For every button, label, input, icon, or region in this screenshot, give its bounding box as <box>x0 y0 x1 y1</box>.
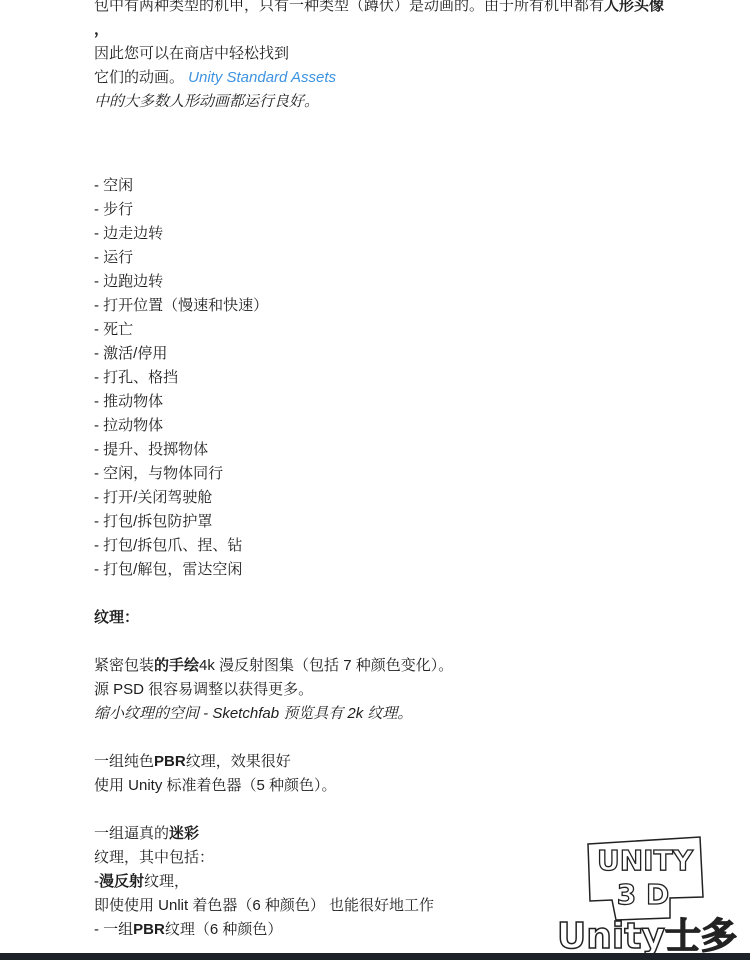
bold-text: 迷彩 <box>169 825 199 842</box>
bottom-bar <box>0 953 750 960</box>
list-item: - 推动物体 <box>94 390 714 414</box>
list-item: - 打开/关闭驾驶舱 <box>94 486 714 510</box>
list-item: - 死亡 <box>94 318 714 342</box>
intro-bold: 人形头像 <box>604 0 664 14</box>
text: 紧密包装 <box>94 657 154 674</box>
text: 纹理（6 种颜色） <box>165 921 283 938</box>
textures-heading: 纹理： <box>94 606 714 630</box>
italic-text: 缩小纹理的空间 - Sketchfab 预览具有 2k 纹理。 <box>94 705 412 722</box>
watermark-line2: 3 D <box>617 878 669 911</box>
intro-line-2: 因此您可以在商店中轻松找到 <box>94 42 714 66</box>
intro-italic: 中的大多数人形动画都运行良好。 <box>94 93 319 110</box>
list-item: - 边走边转 <box>94 222 714 246</box>
list-item: - 空闲 <box>94 174 714 198</box>
list-item: - 步行 <box>94 198 714 222</box>
bold-text: PBR <box>154 753 186 770</box>
list-item: - 打开位置（慢速和快速） <box>94 294 714 318</box>
unity-standard-assets-link[interactable]: Unity Standard Assets <box>188 69 336 86</box>
list-item: - 激活/停用 <box>94 342 714 366</box>
heading-text: 纹理： <box>94 609 139 626</box>
bold-text: 的手绘 <box>154 657 199 674</box>
unity-watermark-logo: UNITY 3 D Unity士多 <box>550 832 745 954</box>
intro-text: 包中有两种类型的机甲，只有一种类型（蹲伏）是动画的。由于所有机甲都有 <box>94 0 604 14</box>
intro-text-3: 它们的动画。 <box>94 69 188 86</box>
texture-para-1-line-3: 缩小纹理的空间 - Sketchfab 预览具有 2k 纹理。 <box>94 702 714 726</box>
intro-tail: ， <box>94 21 109 38</box>
texture-para-1-line-1: 紧密包装的手绘4k 漫反射图集（包括 7 种颜色变化）。 <box>94 654 714 678</box>
watermark-line1: UNITY <box>597 844 694 877</box>
bold-text: PBR <box>133 921 165 938</box>
intro-line-4: 中的大多数人形动画都运行良好。 <box>94 90 714 114</box>
intro-line-1b: ， <box>94 18 714 42</box>
texture-para-2-line-1: 一组纯色PBR纹理，效果很好 <box>94 750 714 774</box>
intro-line-1: 包中有两种类型的机甲，只有一种类型（蹲伏）是动画的。由于所有机甲都有人形头像 <box>94 0 714 18</box>
list-item: - 打包/拆包爪、捏、钻 <box>94 534 714 558</box>
list-item: - 边跑边转 <box>94 270 714 294</box>
watermark-bottom: Unity士多 <box>557 916 737 954</box>
list-item: - 空闲，与物体同行 <box>94 462 714 486</box>
intro-line-3: 它们的动画。 Unity Standard Assets <box>94 66 714 90</box>
list-item: - 提升、投掷物体 <box>94 438 714 462</box>
animation-list: - 空闲 - 步行 - 边走边转 - 运行 - 边跑边转 - 打开位置（慢速和快… <box>94 174 714 582</box>
list-item: - 运行 <box>94 246 714 270</box>
text: 一组纯色 <box>94 753 154 770</box>
list-item: - 打包/拆包防护罩 <box>94 510 714 534</box>
texture-para-2-line-2: 使用 Unity 标准着色器（5 种颜色）。 <box>94 774 714 798</box>
list-item: - 拉动物体 <box>94 414 714 438</box>
text: - 一组 <box>94 921 133 938</box>
bold-text: 漫反射 <box>99 873 144 890</box>
text: 一组逼真的 <box>94 825 169 842</box>
text: 纹理， <box>144 873 189 890</box>
text: 4k 漫反射图集（包括 7 种颜色变化）。 <box>199 657 453 674</box>
text: 纹理，效果很好 <box>186 753 291 770</box>
texture-para-1-line-2: 源 PSD 很容易调整以获得更多。 <box>94 678 714 702</box>
watermark-graphic: UNITY 3 D Unity士多 <box>550 832 745 954</box>
article-body: 包中有两种类型的机甲，只有一种类型（蹲伏）是动画的。由于所有机甲都有人形头像 ，… <box>94 0 714 942</box>
list-item: - 打孔、格挡 <box>94 366 714 390</box>
list-item: - 打包/解包，雷达空闲 <box>94 558 714 582</box>
